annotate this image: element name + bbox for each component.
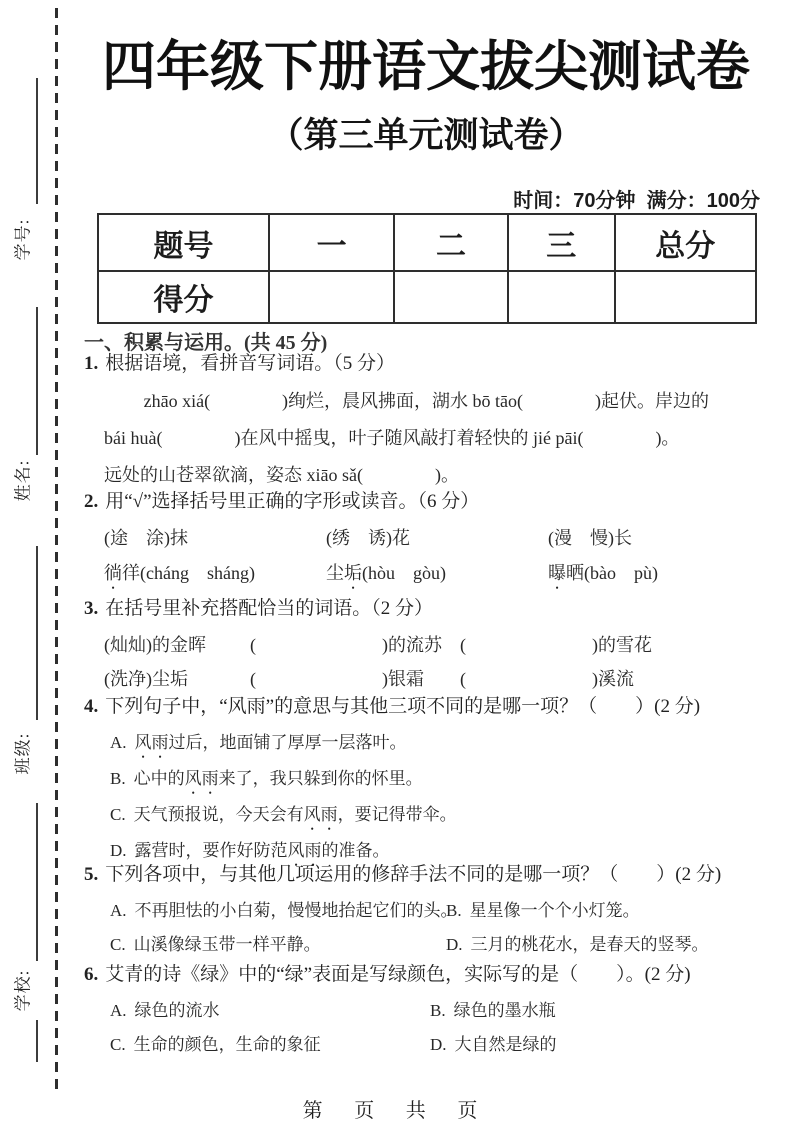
time-score-info: 时间：70分钟 满分：100分 xyxy=(84,184,760,213)
page-footer: 第 页 共 页 xyxy=(0,1094,793,1122)
question-line: zhāo xiá( )绚烂，晨风拂面，湖水 bō tāo( )起伏。岸边的 xyxy=(104,383,770,420)
option-text: 山溪像绿玉带一样平静。 xyxy=(134,935,321,954)
question-stem-text: 下列句子中，“风雨”的意思与其他三项不同的是哪一项？（ ）(2 分) xyxy=(105,696,700,717)
option-a: A.不再胆怯的小白菊，慢慢地抬起它们的头。 xyxy=(110,894,446,928)
option-text: 大自然是绿的 xyxy=(455,1035,557,1054)
option-label: D. xyxy=(110,841,135,860)
option-c: C.天气预报说，今天会有风雨，要记得带伞。 xyxy=(110,798,770,834)
choice-row: 徜徉(cháng sháng) 尘垢(hòu gòu) 曝晒(bào pù) xyxy=(104,556,770,593)
question-stem-text: 在括号里补充搭配恰当的词语。（2 分） xyxy=(105,598,433,619)
choice-item: (途 涂)抹 xyxy=(104,521,326,556)
question-body: (途 涂)抹 (绣 诱)花 (漫 慢)长 徜徉(cháng sháng) 尘垢(… xyxy=(84,521,770,593)
options-row: C.山溪像绿玉带一样平静。 D.三月的桃花水，是春天的竖琴。 xyxy=(110,928,770,962)
question-body: zhāo xiá( )绚烂，晨风拂面，湖水 bō tāo( )起伏。岸边的 bá… xyxy=(84,383,770,494)
score-table-header-cell: 总分 xyxy=(615,214,756,271)
seal-line-segment xyxy=(36,546,38,720)
question-stem: 1.根据语境，看拼音写词语。（5 分） xyxy=(84,351,770,377)
option-text: 三月的桃花水，是春天的竖琴。 xyxy=(471,935,709,954)
score-table-header-cell: 题号 xyxy=(98,214,269,271)
class-label: 班级: xyxy=(9,721,34,787)
option-a: A.绿色的流水 xyxy=(110,994,430,1028)
question-3: 3.在括号里补充搭配恰当的词语。（2 分） (灿灿)的金晖 ( )的流苏 ( )… xyxy=(84,596,770,696)
seal-line-segment xyxy=(36,803,38,961)
fill-in-row: (灿灿)的金晖 ( )的流苏 ( )的雪花 xyxy=(104,628,770,662)
seal-line-segment xyxy=(36,78,38,204)
question-number: 5. xyxy=(84,864,105,885)
score-table-score-row: 得分 xyxy=(98,271,756,323)
fill-in-item: ( )溪流 xyxy=(460,662,770,696)
choice-item: (绣 诱)花 xyxy=(326,521,548,556)
option-text: 露营时，要作好防范风雨的准备。 xyxy=(135,841,390,860)
options-list: A.风雨过后，地面铺了厚厚一层落叶。 B.心中的风雨来了，我只躲到你的怀里。 C… xyxy=(84,726,770,870)
seal-line-segment xyxy=(36,307,38,455)
fill-in-item: (洗净)尘垢 xyxy=(104,662,250,696)
score-cell xyxy=(269,271,394,323)
option-label: A. xyxy=(110,733,135,752)
question-1: 1.根据语境，看拼音写词语。（5 分） zhāo xiá( )绚烂，晨风拂面，湖… xyxy=(84,351,770,494)
question-stem: 3.在括号里补充搭配恰当的词语。（2 分） xyxy=(84,596,770,622)
question-stem-text: 下列各项中，与其他几项运用的修辞手法不同的是哪一项？（ ）(2 分) xyxy=(105,864,721,885)
question-stem-text: 用“√”选择括号里正确的字形或读音。（6 分） xyxy=(105,491,479,512)
option-label: C. xyxy=(110,1035,134,1054)
score-table-header-cell: 二 xyxy=(394,214,508,271)
question-2: 2.用“√”选择括号里正确的字形或读音。（6 分） (途 涂)抹 (绣 诱)花 … xyxy=(84,489,770,593)
fill-in-item: (灿灿)的金晖 xyxy=(104,628,250,662)
paper-title: 四年级下册语文拔尖测试卷 xyxy=(84,24,768,101)
seal-dashed-line xyxy=(55,8,58,1096)
score-cell xyxy=(508,271,615,323)
question-stem-text: 艾青的诗《绿》中的“绿”表面是写绿颜色，实际写的是（ ）。(2 分) xyxy=(105,964,690,985)
option-b: B.心中的风雨来了，我只躲到你的怀里。 xyxy=(110,762,770,798)
option-text: 星星像一个个小灯笼。 xyxy=(470,901,640,920)
school-label: 学校: xyxy=(9,958,34,1024)
score-cell xyxy=(615,271,756,323)
question-5: 5.下列各项中，与其他几项运用的修辞手法不同的是哪一项？（ ）(2 分) A.不… xyxy=(84,862,770,962)
option-d: D.三月的桃花水，是春天的竖琴。 xyxy=(446,928,770,962)
option-text: 心中的风雨来了，我只躲到你的怀里。 xyxy=(134,769,423,788)
options-row: A.绿色的流水 B.绿色的墨水瓶 xyxy=(110,994,770,1028)
option-label: C. xyxy=(110,805,134,824)
choice-item: (漫 慢)长 xyxy=(548,521,770,556)
paper-subtitle: （第三单元测试卷） xyxy=(84,108,768,158)
test-paper-page: { "header": { "title": "四年级下册语文拔尖测试卷", "… xyxy=(0,0,793,1122)
option-text: 绿色的流水 xyxy=(135,1001,220,1020)
option-b: B.绿色的墨水瓶 xyxy=(430,994,770,1028)
question-6: 6.艾青的诗《绿》中的“绿”表面是写绿颜色，实际写的是（ ）。(2 分) A.绿… xyxy=(84,962,770,1062)
option-text: 绿色的墨水瓶 xyxy=(454,1001,556,1020)
score-cell xyxy=(394,271,508,323)
option-text: 生命的颜色，生命的象征 xyxy=(134,1035,321,1054)
options-list: A.不再胆怯的小白菊，慢慢地抬起它们的头。 B.星星像一个个小灯笼。 C.山溪像… xyxy=(84,894,770,962)
fill-in-item: ( )的流苏 xyxy=(250,628,460,662)
option-d: D.大自然是绿的 xyxy=(430,1028,770,1062)
seal-line-segment xyxy=(36,1020,38,1062)
options-list: A.绿色的流水 B.绿色的墨水瓶 C.生命的颜色，生命的象征 D.大自然是绿的 xyxy=(84,994,770,1062)
question-4: 4.下列句子中，“风雨”的意思与其他三项不同的是哪一项？（ ）(2 分) A.风… xyxy=(84,694,770,870)
option-text: 不再胆怯的小白菊，慢慢地抬起它们的头。 xyxy=(135,901,458,920)
question-stem: 5.下列各项中，与其他几项运用的修辞手法不同的是哪一项？（ ）(2 分) xyxy=(84,862,770,888)
question-number: 4. xyxy=(84,696,105,717)
option-label: B. xyxy=(446,901,470,920)
fill-in-item: ( )的雪花 xyxy=(460,628,770,662)
score-row-label: 得分 xyxy=(98,271,269,323)
option-text: 天气预报说，今天会有风雨，要记得带伞。 xyxy=(134,805,457,824)
question-body: (灿灿)的金晖 ( )的流苏 ( )的雪花 (洗净)尘垢 ( )银霜 ( )溪流 xyxy=(84,628,770,696)
option-b: B.星星像一个个小灯笼。 xyxy=(446,894,770,928)
option-text: 风雨过后，地面铺了厚厚一层落叶。 xyxy=(135,733,407,752)
options-row: A.不再胆怯的小白菊，慢慢地抬起它们的头。 B.星星像一个个小灯笼。 xyxy=(110,894,770,928)
question-stem-text: 根据语境，看拼音写词语。（5 分） xyxy=(105,353,395,374)
score-table-header-row: 题号 一 二 三 总分 xyxy=(98,214,756,271)
score-table-header-cell: 一 xyxy=(269,214,394,271)
option-label: B. xyxy=(430,1001,454,1020)
option-c: C.生命的颜色，生命的象征 xyxy=(110,1028,430,1062)
choice-item: 徜徉(cháng sháng) xyxy=(104,556,326,593)
fill-in-item: ( )银霜 xyxy=(250,662,460,696)
option-c: C.山溪像绿玉带一样平静。 xyxy=(110,928,446,962)
choice-item: 曝晒(bào pù) xyxy=(548,556,770,593)
name-label: 姓名: xyxy=(9,448,34,514)
fill-in-row: (洗净)尘垢 ( )银霜 ( )溪流 xyxy=(104,662,770,696)
option-label: A. xyxy=(110,901,135,920)
question-line: bái huà( )在风中摇曳，叶子随风敲打着轻快的 jié pāi( )。 xyxy=(104,420,770,457)
question-number: 6. xyxy=(84,964,105,985)
question-stem: 6.艾青的诗《绿》中的“绿”表面是写绿颜色，实际写的是（ ）。(2 分) xyxy=(84,962,770,988)
choice-item: 尘垢(hòu gòu) xyxy=(326,556,548,593)
choice-row: (途 涂)抹 (绣 诱)花 (漫 慢)长 xyxy=(104,521,770,556)
question-number: 3. xyxy=(84,598,105,619)
score-table: 题号 一 二 三 总分 得分 xyxy=(97,213,757,324)
option-label: A. xyxy=(110,1001,135,1020)
question-stem: 4.下列句子中，“风雨”的意思与其他三项不同的是哪一项？（ ）(2 分) xyxy=(84,694,770,720)
option-label: D. xyxy=(446,935,471,954)
option-label: D. xyxy=(430,1035,455,1054)
option-label: C. xyxy=(110,935,134,954)
student-id-label: 学号: xyxy=(9,207,34,273)
question-number: 1. xyxy=(84,353,105,374)
question-stem: 2.用“√”选择括号里正确的字形或读音。（6 分） xyxy=(84,489,770,515)
score-table-header-cell: 三 xyxy=(508,214,615,271)
option-a: A.风雨过后，地面铺了厚厚一层落叶。 xyxy=(110,726,770,762)
question-number: 2. xyxy=(84,491,105,512)
options-row: C.生命的颜色，生命的象征 D.大自然是绿的 xyxy=(110,1028,770,1062)
option-label: B. xyxy=(110,769,134,788)
